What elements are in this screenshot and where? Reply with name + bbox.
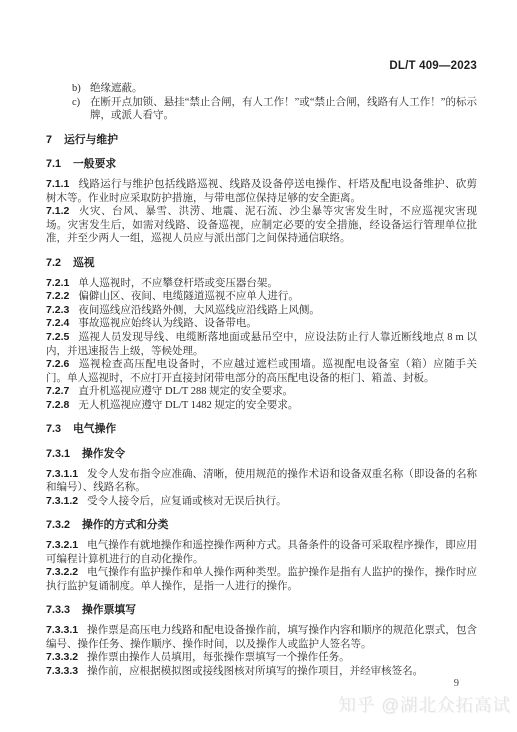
list-item-b: b) 绝缘遮蔽。 bbox=[72, 82, 477, 96]
clause-text: 电气操作有监护操作和单人操作两种类型。监护操作是指有人监护的操作，操作时应执行监… bbox=[46, 567, 477, 592]
heading-number: 7.3 bbox=[46, 423, 61, 435]
clause-number: 7.3.3.2 bbox=[46, 651, 78, 663]
clause-text: 发令人发布指令应准确、清晰，使用规范的操作术语和设备双重名称（即设备的名称和编号… bbox=[46, 469, 477, 494]
heading-title: 操作票填写 bbox=[82, 604, 136, 616]
clause-text: 夜间巡线应沿线路外侧，大风巡线应沿线路上风侧。 bbox=[78, 305, 320, 316]
clause-7-2-3: 7.2.3夜间巡线应沿线路外侧，大风巡线应沿线路上风侧。 bbox=[46, 304, 477, 318]
clause-7-1-1: 7.1.1线路运行与维护包括线路巡视、线路及设备停送电操作、杆塔及配电设备维护、… bbox=[46, 178, 477, 205]
section-heading-7-3: 7.3电气操作 bbox=[46, 423, 477, 437]
heading-number: 7 bbox=[46, 134, 52, 146]
clause-text: 事故巡视应始终认为线路、设备带电。 bbox=[78, 318, 257, 329]
section-heading-7-3-1: 7.3.1操作发令 bbox=[46, 448, 477, 462]
clause-number: 7.2.7 bbox=[46, 385, 69, 397]
heading-number: 7.3.3 bbox=[46, 604, 70, 616]
clause-7-3-3-3: 7.3.3.3操作前，应根据模拟图或接线图核对所填写的操作项目，并经审核签名。 bbox=[46, 665, 477, 679]
clause-7-2-2: 7.2.2偏僻山区、夜间、电缆隧道巡视不应单人进行。 bbox=[46, 290, 477, 304]
clause-number: 7.3.2.2 bbox=[46, 566, 78, 578]
clause-number: 7.2.6 bbox=[46, 358, 69, 370]
clause-text: 操作前，应根据模拟图或接线图核对所填写的操作项目，并经审核签名。 bbox=[87, 666, 423, 677]
clause-text: 操作票是高压电力线路和配电设备操作前，填写操作内容和顺序的规范化票式，包含编号、… bbox=[46, 625, 477, 650]
clause-7-2-1: 7.2.1单人巡视时，不应攀登杆塔或变压器台架。 bbox=[46, 277, 477, 291]
standard-number-header: DL/T 409—2023 bbox=[46, 60, 477, 74]
clause-number: 7.2.2 bbox=[46, 290, 69, 302]
list-item-label: c) bbox=[72, 96, 90, 123]
clause-text: 受令人接令后，应复诵或核对无误后执行。 bbox=[87, 496, 287, 507]
heading-number: 7.3.2 bbox=[46, 519, 70, 531]
section-heading-7-3-2: 7.3.2操作的方式和分类 bbox=[46, 519, 477, 533]
list-item-text: 在断开点加锁、悬挂“禁止合闸，有人工作！”或“禁止合闸，线路有人工作！”的标示牌… bbox=[90, 96, 477, 123]
clause-text: 直升机巡视应遵守 DL/T 288 规定的安全要求。 bbox=[78, 386, 293, 397]
clause-7-3-3-1: 7.3.3.1操作票是高压电力线路和配电设备操作前，填写操作内容和顺序的规范化票… bbox=[46, 624, 477, 651]
clause-number: 7.2.1 bbox=[46, 277, 69, 289]
clause-7-2-4: 7.2.4事故巡视应始终认为线路、设备带电。 bbox=[46, 317, 477, 331]
clause-number: 7.2.4 bbox=[46, 317, 69, 329]
clause-number: 7.2.3 bbox=[46, 304, 69, 316]
clause-7-2-8: 7.2.8无人机巡视应遵守 DL/T 1482 规定的安全要求。 bbox=[46, 399, 477, 413]
clause-text: 单人巡视时，不应攀登杆塔或变压器台架。 bbox=[78, 278, 278, 289]
heading-number: 7.1 bbox=[46, 158, 61, 170]
clause-number: 7.2.8 bbox=[46, 399, 69, 411]
section-heading-7: 7运行与维护 bbox=[46, 134, 477, 148]
heading-number: 7.2 bbox=[46, 257, 61, 269]
clause-7-2-6: 7.2.6巡视检查高压配电设备时，不应越过遮栏或围墙。巡视配电设备室（箱）应随手… bbox=[46, 358, 477, 385]
page-number: 9 bbox=[454, 677, 459, 691]
clause-7-1-2: 7.1.2火灾、台风、暴雪、洪涝、地震、泥石流、沙尘暴等灾害发生时，不应巡视灾害… bbox=[46, 205, 477, 246]
heading-title: 一般要求 bbox=[73, 158, 116, 170]
clause-text: 线路运行与维护包括线路巡视、线路及设备停送电操作、杆塔及配电设备维护、砍剪树木等… bbox=[46, 179, 477, 204]
section-heading-7-2: 7.2巡视 bbox=[46, 257, 477, 271]
clause-text: 巡视检查高压配电设备时，不应越过遮栏或围墙。巡视配电设备室（箱）应随手关门。单人… bbox=[46, 359, 477, 384]
clause-number: 7.3.3.3 bbox=[46, 665, 78, 677]
heading-title: 巡视 bbox=[73, 257, 95, 269]
clause-number: 7.1.2 bbox=[46, 205, 69, 217]
document-body: b) 绝缘遮蔽。 c) 在断开点加锁、悬挂“禁止合闸，有人工作！”或“禁止合闸，… bbox=[46, 82, 477, 678]
clause-number: 7.3.1.2 bbox=[46, 495, 78, 507]
section-heading-7-1: 7.1一般要求 bbox=[46, 158, 477, 172]
clause-text: 无人机巡视应遵守 DL/T 1482 规定的安全要求。 bbox=[78, 400, 298, 411]
clause-number: 7.3.1.1 bbox=[46, 468, 78, 480]
clause-number: 7.2.5 bbox=[46, 331, 69, 343]
heading-title: 操作的方式和分类 bbox=[82, 519, 168, 531]
clause-7-3-3-2: 7.3.3.2操作票由操作人员填用，每张操作票填写一个操作任务。 bbox=[46, 651, 477, 665]
document-page: DL/T 409—2023 b) 绝缘遮蔽。 c) 在断开点加锁、悬挂“禁止合闸… bbox=[0, 0, 517, 732]
clause-number: 7.3.2.1 bbox=[46, 539, 78, 551]
clause-text: 操作票由操作人员填用，每张操作票填写一个操作任务。 bbox=[87, 652, 350, 663]
watermark: 知乎 @湖北众拓高试 bbox=[338, 699, 511, 713]
clause-7-2-7: 7.2.7直升机巡视应遵守 DL/T 288 规定的安全要求。 bbox=[46, 385, 477, 399]
heading-title: 运行与维护 bbox=[64, 134, 118, 146]
clause-text: 偏僻山区、夜间、电缆隧道巡视不应单人进行。 bbox=[78, 291, 299, 302]
clause-text: 巡视人员发现导线、电缆断落地面或悬吊空中，应设法防止行人靠近断线地点 8 m 以… bbox=[46, 332, 477, 357]
clause-7-3-1-2: 7.3.1.2受令人接令后，应复诵或核对无误后执行。 bbox=[46, 495, 477, 509]
clause-7-3-2-2: 7.3.2.2电气操作有监护操作和单人操作两种类型。监护操作是指有人监护的操作，… bbox=[46, 566, 477, 593]
clause-7-3-2-1: 7.3.2.1电气操作有就地操作和遥控操作两种方式。具备条件的设备可采取程序操作… bbox=[46, 539, 477, 566]
list-item-label: b) bbox=[72, 82, 90, 96]
list-item-c: c) 在断开点加锁、悬挂“禁止合闸，有人工作！”或“禁止合闸，线路有人工作！”的… bbox=[72, 96, 477, 123]
heading-title: 电气操作 bbox=[73, 423, 116, 435]
heading-number: 7.3.1 bbox=[46, 448, 70, 460]
clause-7-2-5: 7.2.5巡视人员发现导线、电缆断落地面或悬吊空中，应设法防止行人靠近断线地点 … bbox=[46, 331, 477, 358]
clause-7-3-1-1: 7.3.1.1发令人发布指令应准确、清晰，使用规范的操作术语和设备双重名称（即设… bbox=[46, 468, 477, 495]
clause-text: 火灾、台风、暴雪、洪涝、地震、泥石流、沙尘暴等灾害发生时，不应巡视灾害现场。灾害… bbox=[46, 206, 477, 244]
heading-title: 操作发令 bbox=[82, 448, 125, 460]
section-heading-7-3-3: 7.3.3操作票填写 bbox=[46, 604, 477, 618]
list-item-text: 绝缘遮蔽。 bbox=[90, 82, 477, 96]
clause-number: 7.3.3.1 bbox=[46, 624, 78, 636]
clause-text: 电气操作有就地操作和遥控操作两种方式。具备条件的设备可采取程序操作，即应用可编程… bbox=[46, 540, 477, 565]
clause-number: 7.1.1 bbox=[46, 178, 69, 190]
